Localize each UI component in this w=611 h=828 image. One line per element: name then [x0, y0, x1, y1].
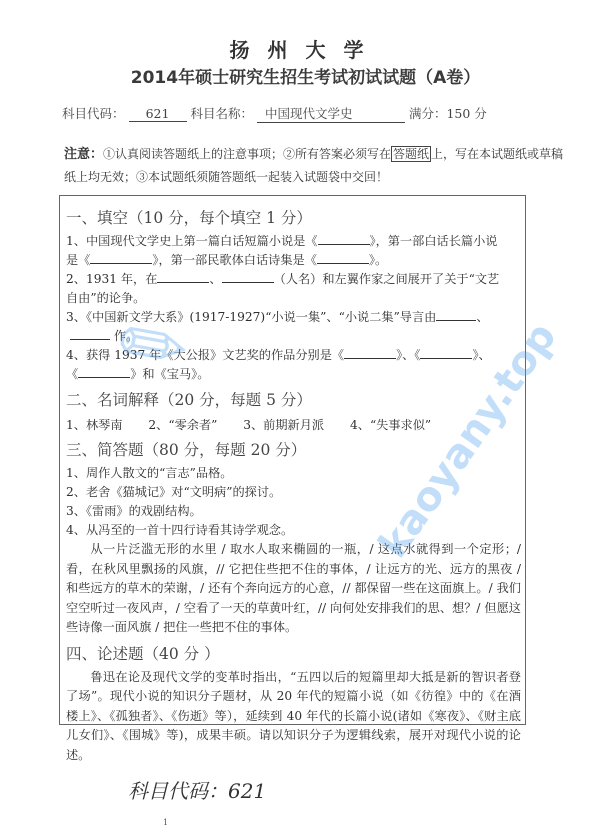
text: 》。	[369, 253, 387, 267]
short-q2: 2、老舍《猫城记》对“文明病”的探讨。	[66, 483, 525, 502]
fill-q4-line2: 《》和《宝马》。	[66, 365, 525, 384]
text: 》、	[472, 348, 490, 362]
blank[interactable]	[317, 251, 369, 264]
short-q1: 1、周作人散文的“言志”品格。	[66, 464, 525, 483]
blank[interactable]	[157, 270, 209, 283]
text: 、	[476, 310, 488, 324]
text: 2、1931 年，在	[66, 272, 157, 286]
notice-text-1: ①认真阅读答题纸上的注意事项；②所有答案必须写在	[103, 147, 391, 161]
text: 3、《中国新文学大系》(1917-1927)“小说一集”、“小说二集”导言由	[66, 310, 436, 324]
term-item: 1、林琴南	[66, 418, 123, 432]
text: 是《	[66, 253, 90, 267]
blank[interactable]	[70, 327, 110, 340]
notice-label: 注意：	[64, 147, 103, 162]
fill-q4-line1: 4、获得 1937 年《大公报》文艺奖的作品分别是《》、《》、	[66, 346, 525, 365]
short-q3: 3、《雷雨》的戏剧结构。	[66, 502, 525, 521]
essay-prompt: 鲁迅在论及现代文学的变革时指出，“五四以后的短篇里却大抵是新的智识者登了场”。现…	[66, 668, 521, 766]
text: 》、《	[396, 348, 420, 362]
notice: 注意：①认真阅读答题纸上的注意事项；②所有答案必须写在答题纸上，写在本试题纸或草…	[64, 143, 564, 189]
fill-q1-line1: 1、中国现代文学史上第一篇白话短篇小说是《》，第一部白话长篇小说	[66, 232, 525, 251]
blank[interactable]	[90, 251, 152, 264]
sonnet-text: 从一片泛滥无形的水里 / 取水人取来椭圆的一瓶，/ 这点水就得到一个定形；/ 看…	[66, 540, 521, 638]
blank[interactable]	[78, 365, 130, 378]
text: 》，第一部民歌体白话诗集是《	[152, 253, 317, 267]
blank[interactable]	[344, 346, 396, 359]
name-value: 中国现代文学史	[257, 104, 405, 123]
text: 4、获得 1937 年《大公报》文艺奖的作品分别是《	[66, 348, 344, 362]
fill-q3-line2: 作。	[66, 327, 525, 346]
section-4-title: 四、论述题（40 分 ）	[66, 642, 525, 664]
section-3-title: 三、简答题（80 分，每题 20 分）	[66, 438, 525, 460]
fill-q3-line1: 3、《中国新文学大系》(1917-1927)“小说一集”、“小说二集”导言由、	[66, 308, 525, 327]
notice-boxed: 答题纸	[391, 146, 431, 162]
text: （人名）和左翼作家之间展开了关于“文艺	[274, 272, 500, 286]
university-name: 扬州大学	[0, 34, 611, 63]
fill-q2-line1: 2、1931 年，在、（人名）和左翼作家之间展开了关于“文艺	[66, 270, 525, 289]
exam-title: 2014年硕士研究生招生考试初试试题（A卷）	[0, 63, 611, 88]
term-item: 2、“零余者”	[148, 418, 217, 432]
section-2-title: 二、名词解释（20 分，每题 5 分）	[66, 388, 525, 410]
term-list: 1、林琴南 2、“零余者” 3、前期新月派 4、“失事求似”	[66, 414, 525, 436]
blank[interactable]	[318, 232, 370, 245]
subject-meta: 科目代码： 621 科目名称： 中国现代文学史 满分：150 分	[62, 104, 487, 123]
blank[interactable]	[420, 346, 472, 359]
text: 《	[66, 367, 78, 381]
question-frame: 一、填空（10 分，每个填空 1 分） 1、中国现代文学史上第一篇白话短篇小说是…	[59, 195, 526, 725]
text: 》和《宝马》。	[130, 367, 209, 381]
code-label: 科目代码：	[62, 106, 125, 121]
fill-q1-line2: 是《》，第一部民歌体白话诗集是《》。	[66, 251, 525, 270]
blank[interactable]	[222, 270, 274, 283]
code-value: 621	[129, 106, 187, 122]
handwritten-code: 科目代码：621	[128, 775, 266, 804]
fill-q2-line2: 自由”的论争。	[66, 289, 525, 308]
term-item: 3、前期新月派	[243, 418, 324, 432]
term-item: 4、“失事求似”	[350, 418, 431, 432]
blank[interactable]	[436, 308, 476, 321]
short-q4: 4、从冯至的一首十四行诗看其诗学观念。	[66, 521, 525, 540]
text: 1、中国现代文学史上第一篇白话短篇小说是《	[66, 234, 318, 248]
score-label: 满分：150 分	[409, 106, 487, 121]
text: 》，第一部白话长篇小说	[370, 234, 498, 248]
text: 、	[209, 272, 221, 286]
section-1-title: 一、填空（10 分，每个填空 1 分）	[66, 206, 525, 228]
page-mark: 1	[163, 818, 168, 827]
text: 作。	[110, 329, 138, 343]
name-label: 科目名称：	[190, 106, 253, 121]
